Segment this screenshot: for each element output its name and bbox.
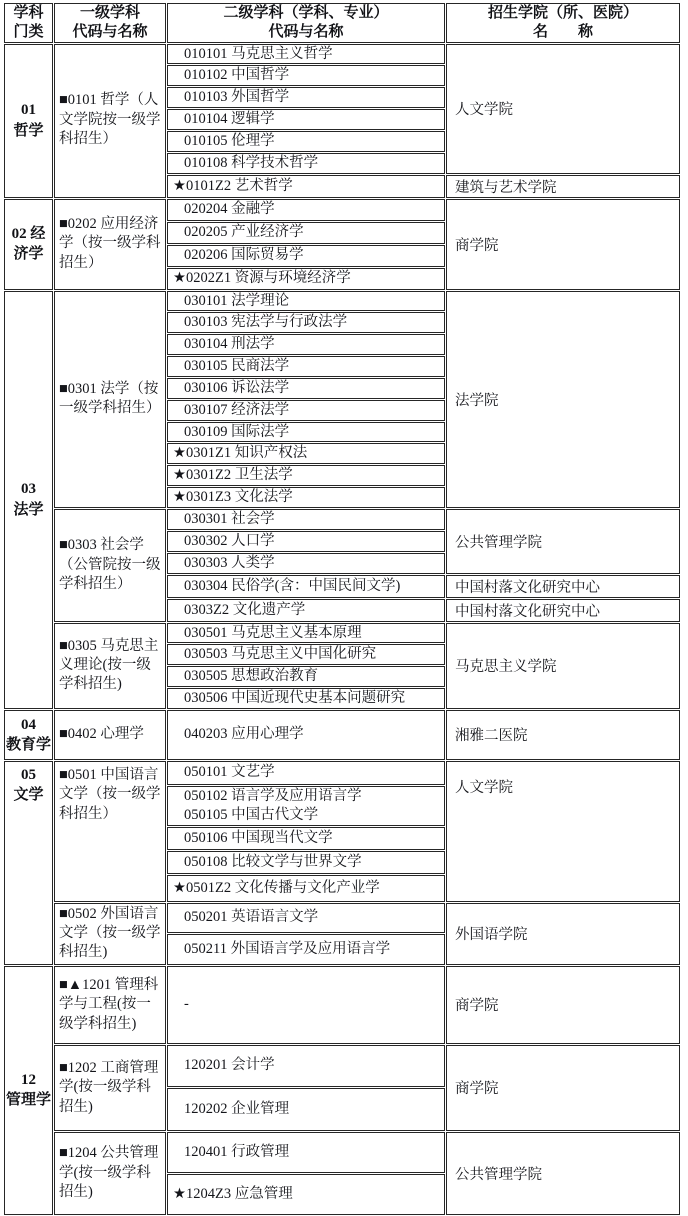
header-second-level-line: 二级学科（学科、专业） [168,4,444,23]
header-discipline-category-line: 学科 [5,4,52,23]
table-row: ■0305 马克思主义理论(按一级学科招生)030501 马克思主义基本原理马克… [4,623,680,644]
category-label-line: 教育学 [5,735,52,755]
admissions-disciplines-page: 学科门类一级学科代码与名称二级学科（学科、专业）代码与名称招生学院（所、医院）名… [0,0,688,1154]
second-level-entry: 030109 国际法学 [184,423,444,442]
second-level-cell: ★0501Z2 文化传播与文化产业学 [167,875,445,902]
second-level-entry: ★0101Z2 艺术哲学 [173,177,444,196]
second-level-cell: ★1204Z3 应急管理 [167,1174,445,1215]
second-level-cell: 050211 外国语言学及应用语言学 [167,934,445,965]
first-level-label: ■0303 社会学（公管院按一级学科招生） [59,536,163,594]
second-level-cell: 050106 中国现当代文学 [167,827,445,850]
second-level-entry: 050106 中国现当代文学 [184,829,444,848]
second-level-cell: 010101 马克思主义哲学 [167,44,445,65]
second-level-entry: 050102 语言学及应用语言学 [184,787,444,806]
table-row: ■0303 社会学（公管院按一级学科招生）030301 社会学公共管理学院 [4,509,680,530]
header-first-level: 一级学科代码与名称 [54,3,166,43]
second-level-entry: 050108 比较文学与世界文学 [184,853,444,872]
second-level-entry: - [184,995,444,1014]
category-cell-12: 12管理学 [4,966,53,1215]
category-label-line: 济学 [5,244,52,264]
first-level-cell-1204: ■1204 公共管理学(按一级学科招生) [54,1132,166,1215]
college-cell: 人文学院 [446,761,680,902]
first-level-label: ■0301 法学（按一级学科招生） [59,380,163,419]
second-level-entry: 050105 中国古代文学 [184,806,444,825]
second-level-cell: 030104 刑法学 [167,334,445,355]
first-level-label: ■0305 马克思主义理论(按一级学科招生) [59,637,163,695]
second-level-cell: ★0301Z1 知识产权法 [167,443,445,464]
second-level-entry: 010108 科学技术哲学 [184,154,444,173]
second-level-cell: 020206 国际贸易学 [167,245,445,267]
college-cell: 中国村落文化研究中心 [446,575,680,598]
second-level-cell: 030109 国际法学 [167,422,445,443]
second-level-entry: 030301 社会学 [184,510,444,529]
category-cell-04: 04教育学 [4,710,53,760]
second-level-entry: 030103 宪法学与行政法学 [184,313,444,332]
college-cell: 湘雅二医院 [446,710,680,760]
second-level-entry: ★0301Z1 知识产权法 [173,444,444,463]
second-level-entry: 030304 民俗学(含：中国民间文学) [184,577,444,596]
college-cell: 中国村落文化研究中心 [446,599,680,622]
second-level-cell: 050101 文艺学 [167,761,445,785]
second-level-cell: 0303Z2 文化遗产学 [167,599,445,622]
second-level-cell: 030506 中国近现代史基本问题研究 [167,688,445,709]
header-discipline-category: 学科门类 [4,3,53,43]
second-level-entry: 030107 经济法学 [184,401,444,420]
first-level-label: ■0202 应用经济学（按一级学科招生） [59,215,163,273]
header-second-level-line: 代码与名称 [168,23,444,42]
second-level-cell: 010104 逻辑学 [167,109,445,130]
second-level-cell: 030501 马克思主义基本原理 [167,623,445,644]
second-level-cell: 010105 伦理学 [167,131,445,152]
second-level-entry: 030302 人口学 [184,532,444,551]
second-level-entry: ★0301Z2 卫生法学 [173,466,444,485]
first-level-cell-0501: ■0501 中国语言文学（按一级学科招生） [54,761,166,902]
header-second-level: 二级学科（学科、专业）代码与名称 [167,3,445,43]
second-level-entry: 050201 英语语言文学 [184,908,444,927]
table-row: 12管理学■▲1201 管理科学与工程(按一级学科招生)-商学院 [4,966,680,1044]
second-level-entry: ★0301Z3 文化法学 [173,488,444,507]
first-level-cell-0301: ■0301 法学（按一级学科招生） [54,291,166,508]
second-level-entry: 020204 金融学 [184,200,444,219]
college-cell: 商学院 [446,966,680,1044]
first-level-cell-0101: ■0101 哲学（人文学院按一级学科招生） [54,44,166,198]
table-row: 03法学■0301 法学（按一级学科招生）030101 法学理论法学院 [4,291,680,312]
first-level-label: ■0501 中国语言文学（按一级学科招生） [59,766,163,824]
second-level-entry: 120201 会计学 [184,1056,444,1075]
second-level-cell: 030105 民商法学 [167,356,445,377]
college-cell: 商学院 [446,1045,680,1131]
college-cell: 外国语学院 [446,903,680,965]
category-cell-01: 01哲学 [4,44,53,198]
category-label-line: 12 [5,1070,52,1090]
second-level-cell: 050108 比较文学与世界文学 [167,851,445,874]
category-cell-05: 05文学 [4,761,53,965]
second-level-entry: 020206 国际贸易学 [184,246,444,265]
second-level-cell: 050102 语言学及应用语言学050105 中国古代文学 [167,786,445,826]
first-level-label: ■1202 工商管理学(按一级学科招生) [59,1059,163,1117]
category-label-line: 04 [5,715,52,735]
header-college: 招生学院（所、医院）名 称 [446,3,680,43]
table-row: ■1204 公共管理学(按一级学科招生)120401 行政管理公共管理学院 [4,1132,680,1173]
disciplines-table: 学科门类一级学科代码与名称二级学科（学科、专业）代码与名称招生学院（所、医院）名… [3,2,681,1216]
second-level-entry: 050211 外国语言学及应用语言学 [184,940,444,959]
college-cell: 建筑与艺术学院 [446,175,680,198]
first-level-cell-0202: ■0202 应用经济学（按一级学科招生） [54,199,166,290]
category-cell-03: 03法学 [4,291,53,709]
second-level-entry: 030505 思想政治教育 [184,667,444,686]
second-level-cell: 010102 中国哲学 [167,65,445,86]
second-level-entry: 040203 应用心理学 [184,725,444,744]
header-discipline-category-line: 门类 [5,23,52,42]
category-label-line: 文学 [5,785,52,805]
second-level-cell: 120401 行政管理 [167,1132,445,1173]
second-level-entry: 030101 法学理论 [184,292,444,311]
first-level-label: ■1204 公共管理学(按一级学科招生) [59,1144,163,1202]
table-row: 02 经济学■0202 应用经济学（按一级学科招生）020204 金融学商学院 [4,199,680,221]
first-level-cell-1202: ■1202 工商管理学(按一级学科招生) [54,1045,166,1131]
category-cell-02: 02 经济学 [4,199,53,290]
table-row: 01哲学■0101 哲学（人文学院按一级学科招生）010101 马克思主义哲学人… [4,44,680,65]
first-level-cell-0502: ■0502 外国语言文学（按一级学科招生) [54,903,166,965]
college-cell: 商学院 [446,199,680,290]
second-level-cell: 030505 思想政治教育 [167,666,445,687]
second-level-cell: 050201 英语语言文学 [167,903,445,933]
first-level-label: ■0402 心理学 [59,725,163,744]
second-level-cell: 020204 金融学 [167,199,445,221]
category-label-line: 02 经 [5,224,52,244]
second-level-cell: ★0101Z2 艺术哲学 [167,175,445,198]
second-level-cell: 010103 外国哲学 [167,87,445,108]
second-level-cell: ★0202Z1 资源与环境经济学 [167,268,445,290]
table-row: 05文学■0501 中国语言文学（按一级学科招生）050101 文艺学人文学院 [4,761,680,785]
second-level-entry: 120202 企业管理 [184,1100,444,1119]
header-first-level-line: 代码与名称 [55,23,165,42]
category-label-line: 管理学 [5,1090,52,1110]
table-row: ■0502 外国语言文学（按一级学科招生)050201 英语语言文学外国语学院 [4,903,680,933]
second-level-cell: 120202 企业管理 [167,1088,445,1131]
second-level-entry: 030104 刑法学 [184,335,444,354]
second-level-entry: 030503 马克思主义中国化研究 [184,645,444,664]
college-cell: 公共管理学院 [446,509,680,574]
second-level-entry: 010101 马克思主义哲学 [184,45,444,64]
second-level-entry: 030105 民商法学 [184,357,444,376]
category-label-line: 哲学 [5,121,52,141]
header-first-level-line: 一级学科 [55,4,165,23]
second-level-cell: 030303 人类学 [167,553,445,574]
first-level-cell-0402: ■0402 心理学 [54,710,166,760]
college-cell: 公共管理学院 [446,1132,680,1215]
second-level-entry: 030506 中国近现代史基本问题研究 [184,689,444,708]
second-level-cell: 040203 应用心理学 [167,710,445,760]
second-level-cell: 030301 社会学 [167,509,445,530]
second-level-entry: 120401 行政管理 [184,1143,444,1162]
second-level-cell: 030101 法学理论 [167,291,445,312]
category-label-line: 05 [5,765,52,785]
second-level-entry: 010103 外国哲学 [184,88,444,107]
second-level-entry: 030501 马克思主义基本原理 [184,624,444,643]
second-level-entry: 050101 文艺学 [184,763,444,782]
second-level-cell: 030107 经济法学 [167,400,445,421]
second-level-cell: 030106 诉讼法学 [167,378,445,399]
first-level-cell-0305: ■0305 马克思主义理论(按一级学科招生) [54,623,166,709]
table-row: ■1202 工商管理学(按一级学科招生)120201 会计学商学院 [4,1045,680,1087]
second-level-entry: 010104 逻辑学 [184,110,444,129]
category-label-line: 01 [5,100,52,120]
header-college-line: 名 称 [447,23,679,42]
second-level-entry: 030303 人类学 [184,554,444,573]
second-level-cell: ★0301Z2 卫生法学 [167,465,445,486]
second-level-entry: ★1204Z3 应急管理 [173,1185,444,1204]
second-level-entry: 010105 伦理学 [184,132,444,151]
second-level-entry: 0303Z2 文化遗产学 [184,601,444,620]
category-label-line: 法学 [5,500,52,520]
category-label-line: 03 [5,479,52,499]
college-cell: 马克思主义学院 [446,623,680,709]
second-level-entry: 020205 产业经济学 [184,223,444,242]
first-level-label: ■0101 哲学（人文学院按一级学科招生） [59,91,163,149]
second-level-cell: 120201 会计学 [167,1045,445,1087]
second-level-entry: 010102 中国哲学 [184,66,444,85]
college-cell: 人文学院 [446,44,680,174]
second-level-cell: 030302 人口学 [167,531,445,552]
table-row: 04教育学■0402 心理学040203 应用心理学湘雅二医院 [4,710,680,760]
first-level-cell-1201: ■▲1201 管理科学与工程(按一级学科招生) [54,966,166,1044]
second-level-cell: 010108 科学技术哲学 [167,153,445,174]
header-row: 学科门类一级学科代码与名称二级学科（学科、专业）代码与名称招生学院（所、医院）名… [4,3,680,43]
first-level-label: ■▲1201 管理科学与工程(按一级学科招生) [59,976,163,1034]
second-level-entry: ★0501Z2 文化传播与文化产业学 [173,879,444,898]
second-level-cell: ★0301Z3 文化法学 [167,487,445,508]
second-level-cell: 030304 民俗学(含：中国民间文学) [167,575,445,598]
second-level-cell: 030103 宪法学与行政法学 [167,312,445,333]
college-cell: 法学院 [446,291,680,508]
second-level-cell: 020205 产业经济学 [167,222,445,244]
first-level-label: ■0502 外国语言文学（按一级学科招生) [59,905,163,963]
second-level-entry: 030106 诉讼法学 [184,379,444,398]
second-level-cell: - [167,966,445,1044]
first-level-cell-0303: ■0303 社会学（公管院按一级学科招生） [54,509,166,622]
header-college-line: 招生学院（所、医院） [447,4,679,23]
second-level-cell: 030503 马克思主义中国化研究 [167,644,445,665]
second-level-entry: ★0202Z1 资源与环境经济学 [173,269,444,288]
